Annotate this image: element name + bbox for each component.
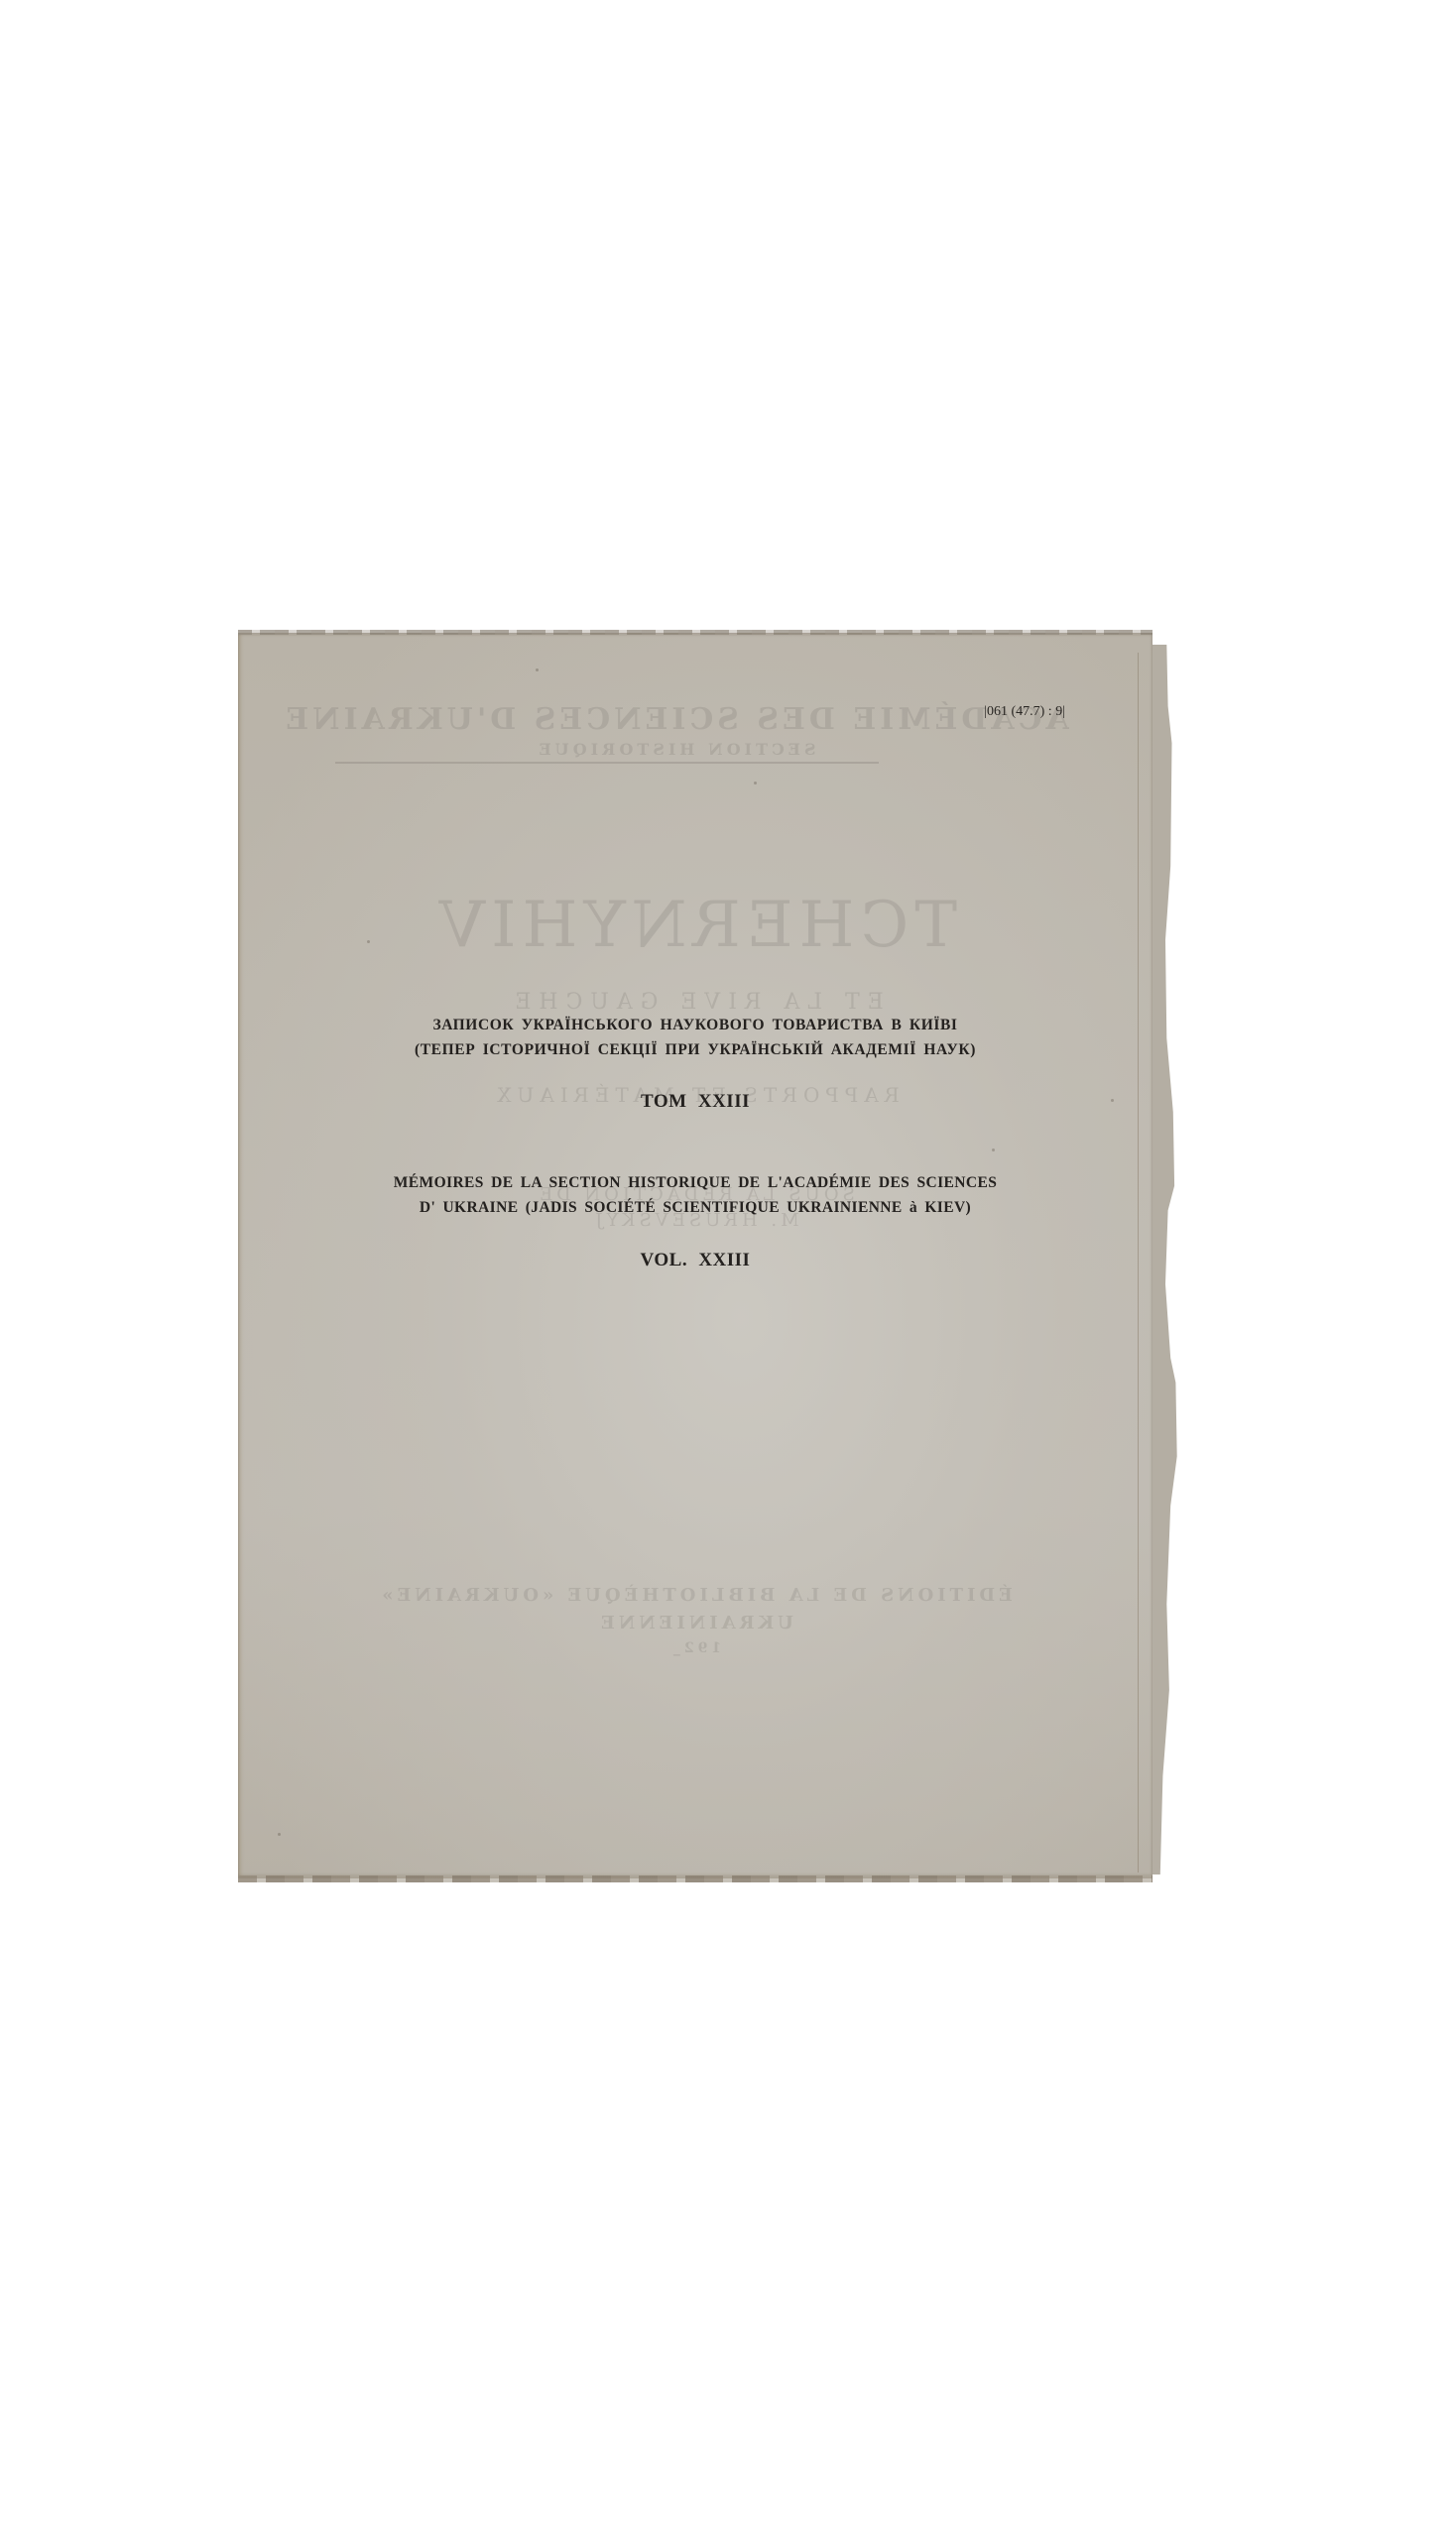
show-through-header-sub: SECTION HISTORIQUE [198, 740, 1153, 759]
show-through-publisher: ÉDITIONS DE LA BIBLIOTHÈQUE «OUKRAINE» [238, 1585, 1153, 1606]
document-page: ACADÉMIE DES SCIENCES D'UKRAINE SECTION … [238, 633, 1153, 1878]
paper-speck [992, 1149, 995, 1151]
paper-speck [536, 668, 539, 671]
french-title-line-2: D' UKRAINE (JADIS SOCIÉTÉ SCIENTIFIQUE U… [238, 1199, 1153, 1217]
deckle-edge-right [1153, 645, 1178, 1874]
show-through-publisher-2: UKRAINIENNE [238, 1613, 1153, 1633]
ukrainian-title-line-2: (ТЕПЕР ІСТОРИЧНОЇ СЕКЦІЇ ПРИ УКРАЇНСЬКІЙ… [238, 1041, 1153, 1059]
paper-speck [367, 940, 370, 943]
show-through-title: TCHERNYHIV [238, 889, 1153, 962]
french-volume: VOL. XXIII [238, 1250, 1153, 1271]
deckle-edge-top [238, 630, 1153, 635]
paper-speck [1111, 1099, 1114, 1102]
show-through-subtitle: ET LA RIVE GAUCHE [238, 990, 1153, 1015]
classification-code: |061 (47.7) : 9| [984, 704, 1065, 720]
paper-speck [754, 782, 757, 785]
show-through-rule [335, 762, 879, 764]
french-title-line-1: MÉMOIRES DE LA SECTION HISTORIQUE DE L'A… [238, 1174, 1153, 1192]
deckle-edge-bottom [238, 1875, 1153, 1882]
show-through-year: 192_ [238, 1640, 1153, 1656]
paper-speck [278, 1833, 281, 1836]
ukrainian-volume: ТОМ XXIII [238, 1091, 1153, 1113]
ukrainian-title-line-1: ЗАПИСОК УКРАЇНСЬКОГО НАУКОВОГО ТОВАРИСТВ… [238, 1017, 1153, 1034]
